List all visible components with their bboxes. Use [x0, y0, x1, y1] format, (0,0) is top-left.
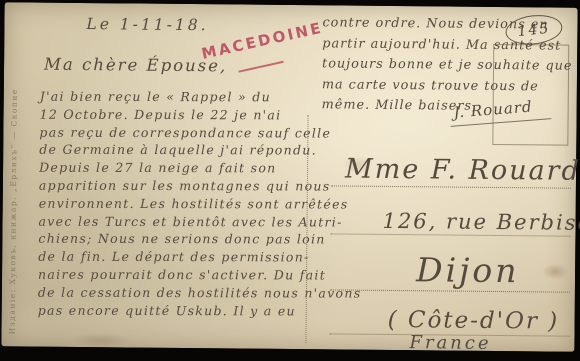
address-line-city: Dijon — [330, 239, 570, 292]
message-line: naires pourrait donc s'activer. Du fait — [38, 266, 362, 285]
message-line: J'ai bien reçu le « Rappel » du — [40, 88, 364, 107]
message-line: de la cessation des hostilités nous n'av… — [38, 283, 362, 302]
red-annotation-underline — [238, 61, 283, 73]
message-line: de la fin. Le départ des permission- — [38, 248, 362, 267]
circled-number-value: 145 — [517, 20, 551, 40]
address-street-text: 126, rue Berbisey — [382, 209, 580, 235]
message-line: de Germaine à laquelle j'ai répondu. — [39, 141, 363, 160]
message-line: 12 Octobre. Depuis le 22 je n'ai — [40, 106, 364, 125]
address-recipient-text: Mme F. Rouard — [345, 154, 580, 187]
red-pencil-annotation: MACEDOINE — [200, 19, 325, 63]
salutation: Ma chère Épouse, — [44, 55, 227, 76]
address-line-recipient: Mme F. Rouard — [331, 141, 571, 188]
address-city-text: Dijon — [416, 250, 520, 290]
stamp-box — [492, 44, 569, 146]
message-line: avec les Turcs et bientôt avec les Autri… — [39, 212, 363, 231]
paper-stain — [71, 333, 131, 348]
publisher-imprint-vertical: Изданіе: Хуковъ, книжар. „Ерлихъ“ — Скоп… — [7, 96, 18, 334]
address-line-street: 126, rue Berbisey — [330, 195, 570, 236]
message-body-left: J'ai bien reçu le « Rappel » du 12 Octob… — [38, 87, 364, 321]
message-line: pas encore quitté Uskub. Il y a eu — [38, 301, 362, 320]
address-country-text: France — [409, 332, 491, 354]
date-line: Le 1-11-18. — [86, 15, 208, 34]
address-department-text: ( Côte-d'Or ) — [388, 307, 560, 335]
message-line: apparition sur les montagnes qui nous — [39, 177, 363, 196]
photograph-background: Le 1-11-18. Ma chère Épouse, J'ai bien r… — [0, 0, 580, 361]
message-line: Depuis le 27 la neige a fait son — [39, 159, 363, 178]
message-line: pas reçu de correspondance sauf celle — [39, 123, 363, 142]
message-line: environnent. Les hostilités sont arrêtée… — [39, 195, 363, 214]
message-line: chiens; Nous ne serions donc pas loin — [38, 230, 362, 249]
postcard-back: Le 1-11-18. Ma chère Épouse, J'ai bien r… — [1, 2, 577, 351]
address-line-department: ( Côte-d'Or ) — [329, 295, 569, 336]
address-line-country: France — [409, 332, 491, 353]
